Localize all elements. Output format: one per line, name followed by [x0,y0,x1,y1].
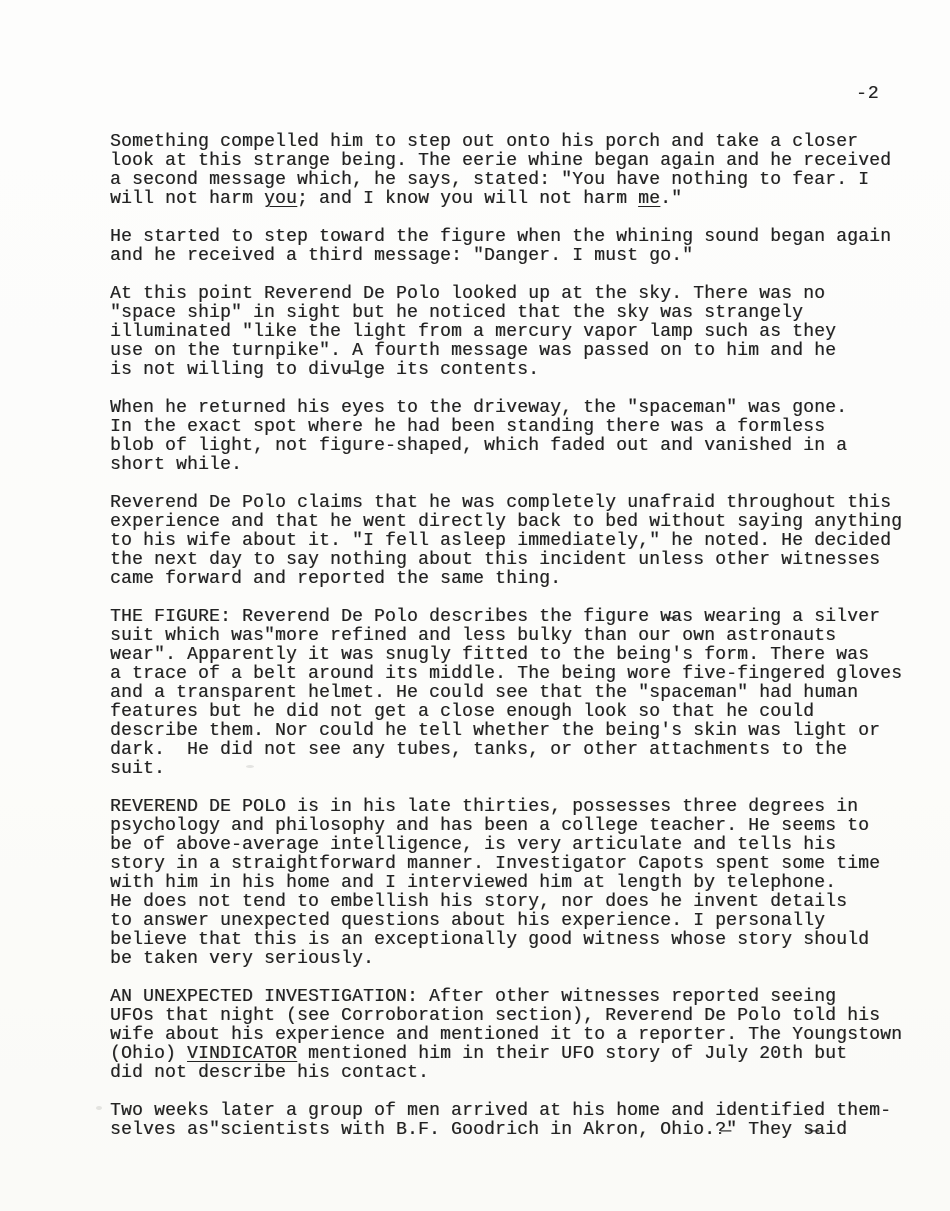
text-segment: Reverend De Polo claims that he was comp… [110,493,902,589]
text-segment: At this point Reverend De Polo looked up… [110,284,836,380]
text-segment: THE FIGURE: Reverend De Polo describes t… [110,607,902,779]
document-body: Something compelled him to step out onto… [110,133,925,1159]
scan-smudge [246,765,254,768]
paragraph-reverend-background: REVEREND DE POLO is in his late thirties… [110,798,925,969]
paragraph-unexpected-investigation: AN UNEXPECTED INVESTIGATION: After other… [110,988,925,1083]
paragraph-blob-of-light: When he returned his eyes to the drivewa… [110,399,925,475]
paragraph-unafraid: Reverend De Polo claims that he was comp… [110,494,925,589]
underlined-text: me [638,189,660,209]
text-segment: REVEREND DE POLO is in his late thirties… [110,797,880,969]
text-segment: He started to step toward the figure whe… [110,227,891,266]
paragraph-the-figure: THE FIGURE: Reverend De Polo describes t… [110,608,925,779]
paragraph-two-weeks-later: Two weeks later a group of men arrived a… [110,1102,925,1140]
document-page: -2 Something compelled him to step out o… [0,0,950,1211]
text-segment: When he returned his eyes to the drivewa… [110,398,847,475]
text-segment: ; and I know you will not harm [297,189,638,209]
underlined-text: you [264,189,297,209]
text-segment: ." [660,189,682,209]
paragraph-porch: Something compelled him to step out onto… [110,133,925,209]
text-segment: Two weeks later a group of men arrived a… [110,1101,891,1140]
underlined-text: VINDICATOR [187,1044,297,1064]
scan-smudge [96,1106,102,1110]
paragraph-sky: At this point Reverend De Polo looked up… [110,285,925,380]
paragraph-third-message: He started to step toward the figure whe… [110,228,925,266]
page-number: -2 [856,84,880,104]
